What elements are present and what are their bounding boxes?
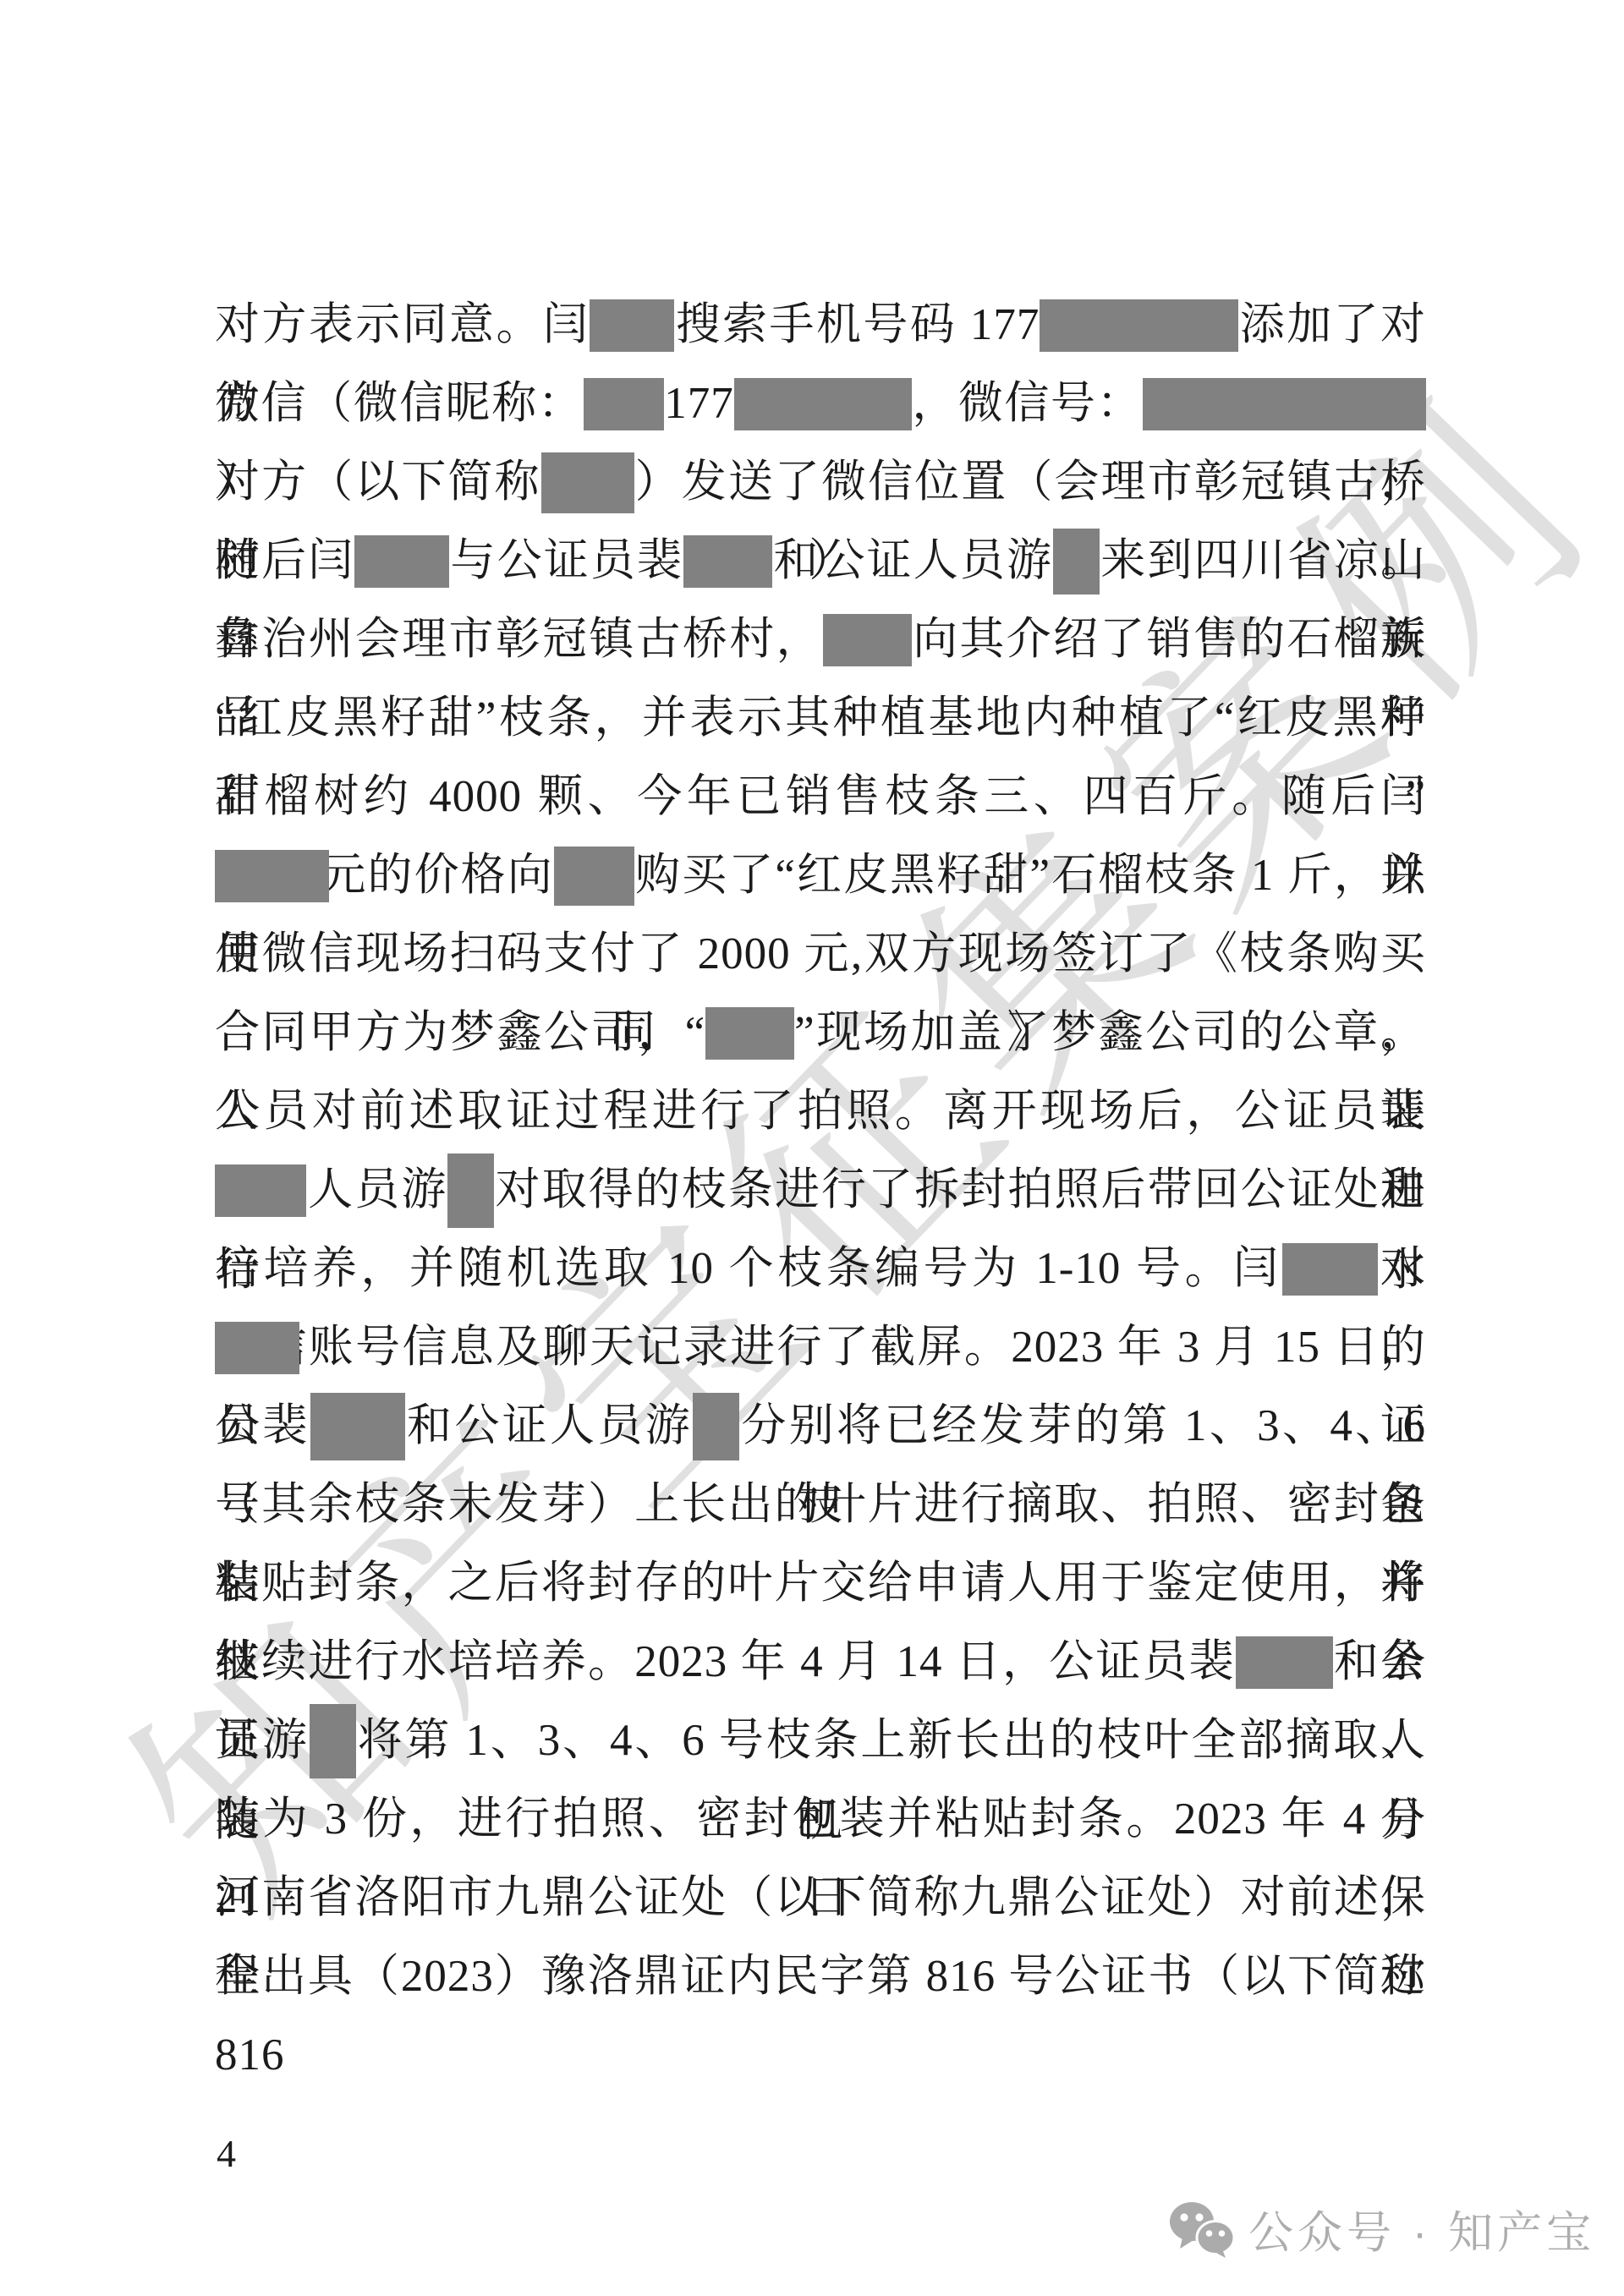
text-run: 搜索手机号码 177 xyxy=(674,300,1040,349)
text-line: 员裴和公证人员游分别将已经发芽的第 1、3、4、6 号枝条 xyxy=(215,1387,1426,1466)
text-run: 和公证人员游 xyxy=(405,1401,693,1450)
redaction-box xyxy=(215,1164,306,1217)
redaction-box xyxy=(584,378,664,430)
text-line: 合同甲方为梦鑫公司，“”现场加盖了梦鑫公司的公章。公证 xyxy=(215,994,1426,1072)
page-number: 4 xyxy=(217,2131,236,2176)
redaction-box xyxy=(590,299,674,352)
redaction-box xyxy=(1282,1243,1378,1296)
text-line: 继续进行水培培养。2023 年 4 月 14 日，公证员裴和公证人 xyxy=(215,1623,1426,1701)
text-run: 对方（以下简称 xyxy=(215,458,541,507)
text-line: 对方表示同意。闫搜索手机号码 177添加了对方的 xyxy=(215,286,1426,364)
text-run: 人员对前述取证过程进行了拍照。离开现场后，公证员裴 xyxy=(215,1087,1426,1136)
text-line: 用微信现场扫码支付了 2000 元,双方现场签订了《枝条购买合同》， xyxy=(215,915,1426,994)
text-run: 程出具（2023）豫洛鼎证内民字第 816 号公证书（以下简称 816 xyxy=(215,1952,1426,2080)
redaction-box xyxy=(1053,529,1100,595)
redaction-box xyxy=(683,535,772,588)
document-page: 知产宝征集案例 对方表示同意。闫搜索手机号码 177添加了对方的微信（微信昵称：… xyxy=(0,0,1624,2296)
redaction-box xyxy=(734,378,912,430)
text-run: 和公证人员游 xyxy=(772,536,1053,585)
redaction-box xyxy=(1236,1636,1333,1689)
redaction-box xyxy=(310,1704,356,1778)
text-line: 河南省洛阳市九鼎公证处（以下简称九鼎公证处）对前述保全过 xyxy=(215,1859,1426,1937)
text-run: 对 xyxy=(1378,1244,1426,1293)
text-line: 石榴树约 4000 颗、今年已销售枝条三、四百斤。随后闫以 xyxy=(215,758,1426,836)
redaction-box xyxy=(693,1393,739,1460)
text-line: 公证人员游对取得的枝条进行了拆封拍照后带回公证处进行水 xyxy=(215,1151,1426,1230)
text-line: （其余枝条未发芽）上长出的叶片进行摘取、拍照、密封包装并 xyxy=(215,1466,1426,1544)
text-line: “红皮黑籽甜”枝条，并表示其种植基地内种植了“红皮黑籽甜” xyxy=(215,679,1426,758)
redaction-box xyxy=(310,1393,405,1460)
text-run: 石榴树约 4000 颗、今年已销售枝条三、四百斤。随后闫 xyxy=(215,772,1426,821)
wechat-account-label: 公众号 · 知产宝 xyxy=(1248,2197,1595,2261)
text-line: 粘贴封条，之后将封存的叶片交给申请人用于鉴定使用，将枝条 xyxy=(215,1544,1426,1623)
redaction-box xyxy=(215,1322,299,1374)
text-run: 员裴 xyxy=(215,1401,310,1450)
text-run: 对方表示同意。闫 xyxy=(215,300,590,349)
text-run: 培培养，并随机选取 10 个枝条编号为 1-10 号。闫 xyxy=(215,1244,1282,1293)
redaction-box xyxy=(447,1153,494,1228)
text-run: 继续进行水培培养。2023 年 4 月 14 日，公证员裴 xyxy=(215,1637,1236,1686)
text-run: 随后闫 xyxy=(215,536,354,585)
wechat-footer: 公众号 · 知产宝 xyxy=(1169,2197,1595,2261)
redaction-box xyxy=(554,847,634,906)
text-run: 微信（微信昵称： xyxy=(215,379,584,428)
text-line: 对方（以下简称）发送了微信位置（会理市彰冠镇古桥村）。 xyxy=(215,443,1426,522)
redaction-box xyxy=(215,850,329,902)
text-line: 装为 3 份，进行拍照、密封包装并粘贴封条。2023 年 4 月 21 日， xyxy=(215,1780,1426,1859)
text-line: 培培养，并随机选取 10 个枝条编号为 1-10 号。闫对的 xyxy=(215,1230,1426,1308)
text-line: 自治州会理市彰冠镇古桥村，向其介绍了销售的石榴新品种 xyxy=(215,600,1426,679)
redaction-box xyxy=(541,452,634,513)
text-line: 2000 元的价格向购买了“红皮黑籽甜”石榴枝条 1 斤，并使 xyxy=(215,836,1426,915)
redaction-box xyxy=(1040,299,1238,352)
text-line: 随后闫与公证员裴和公证人员游来到四川省凉山彝族 xyxy=(215,522,1426,600)
text-line: 员游将第 1、3、4、6 号枝条上新长出的枝叶全部摘取、随机分 xyxy=(215,1701,1426,1780)
redaction-box xyxy=(823,614,912,666)
redaction-box xyxy=(705,1007,794,1060)
text-line: 微信账号信息及聊天记录进行了截屏。2023 年 3 月 15 日，公证 xyxy=(215,1308,1426,1387)
wechat-icon xyxy=(1169,2200,1235,2258)
text-run: 与公证员裴 xyxy=(449,536,683,585)
redaction-box xyxy=(354,535,449,588)
text-run: 177 xyxy=(664,379,734,428)
text-line: 人员对前述取证过程进行了拍照。离开现场后，公证员裴和 xyxy=(215,1072,1426,1151)
text-run: 自治州会理市彰冠镇古桥村， xyxy=(215,615,823,664)
text-line: 程出具（2023）豫洛鼎证内民字第 816 号公证书（以下简称 816 xyxy=(215,1937,1426,2016)
text-run: ，微信号： xyxy=(912,379,1143,428)
text-line: 微信（微信昵称：177，微信号：）， xyxy=(215,364,1426,443)
text-run: 合同甲方为梦鑫公司，“ xyxy=(215,1008,705,1057)
document-text-block: 对方表示同意。闫搜索手机号码 177添加了对方的微信（微信昵称：177，微信号：… xyxy=(215,286,1426,2016)
text-run: 员游 xyxy=(215,1716,310,1765)
redaction-box xyxy=(1143,378,1426,430)
